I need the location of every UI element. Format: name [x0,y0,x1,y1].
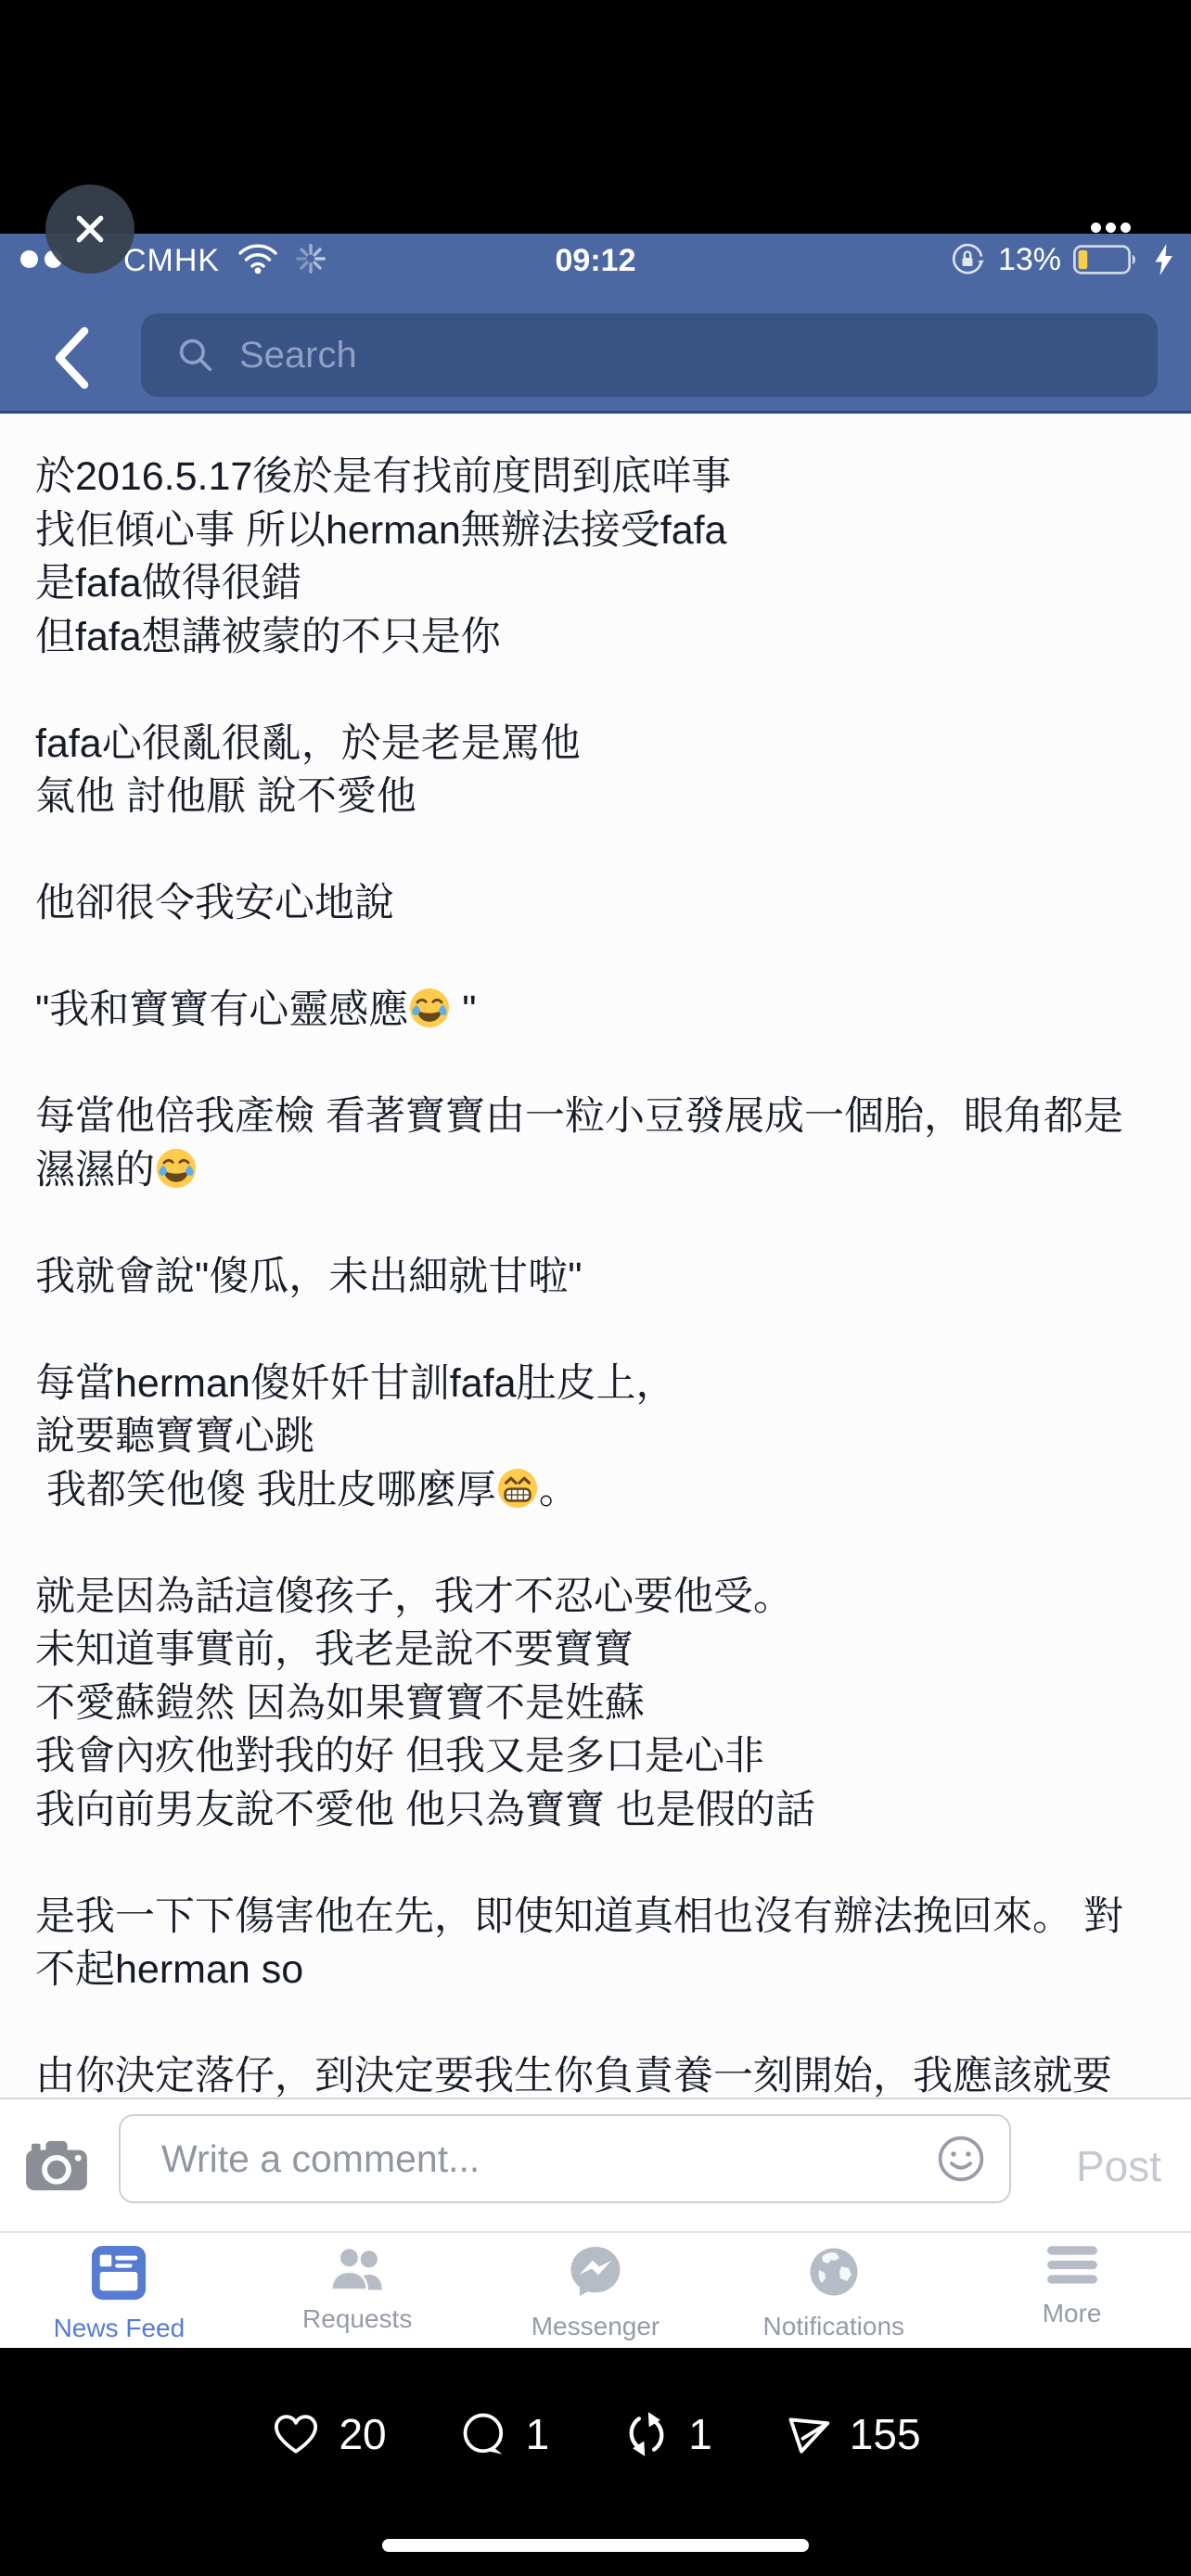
post-text-line [35,1837,1156,1891]
battery-percent: 13% [998,242,1061,278]
tab-messenger[interactable]: Messenger [477,2233,715,2348]
comment-stat: 1 [459,2404,550,2465]
phone-screen: CMHK [0,0,1191,2576]
post-text-line: 每當herman傻奷奷甘訓fafa肚皮上， [35,1358,1156,1411]
facebook-content: 於2016.5.17後於是有找前度問到底咩事找佢傾心事 所以herman無辦法接… [0,414,1191,2348]
share-count: 155 [850,2404,921,2465]
post-text-line: 未知道事實前，我老是說不要寶寶 [35,1624,1156,1677]
charging-icon [1154,244,1174,275]
grin-emoji [496,1467,539,1510]
post-text-line: 氣他 討他厭 說不愛他 [35,771,1156,824]
comment-count: 1 [526,2404,550,2465]
post-text-line: 找佢傾心事 所以herman無辦法接受fafa [35,504,1156,558]
like-icon[interactable] [270,2409,322,2459]
post-text-line: 於2016.5.17後於是有找前度問到底咩事 [35,451,1156,504]
post-text-line: 不愛蘇鎧然 因為如果寶寶不是姓蘇 [35,1677,1156,1731]
tab-notifications[interactable]: Notifications [714,2233,953,2348]
post-text-line [35,1038,1156,1091]
tab-requests[interactable]: Requests [238,2233,477,2348]
tab-label: Notifications [763,2312,905,2341]
emoji-picker-icon[interactable] [937,2135,985,2183]
repost-stat: 1 [621,2404,712,2465]
post-text-line: fafa心很亂很亂，於是老是罵他 [35,718,1156,772]
tab-label: Messenger [531,2312,660,2341]
post-text-line: 由你決定落仔，到決定要我生你負責養一刻開始，我應該就要 [35,2050,1156,2101]
post-content: 於2016.5.17後於是有找前度問到底咩事找佢傾心事 所以herman無辦法接… [0,414,1191,2101]
news-feed-icon [90,2244,147,2302]
post-text-line: 是fafa做得很錯 [35,557,1156,611]
post-button[interactable]: Post [1070,2099,1167,2233]
close-button[interactable] [45,185,134,274]
tab-news-feed[interactable]: News Feed [0,2233,238,2348]
joy-emoji [408,987,451,1029]
comment-bar: Write a comment... Post [0,2098,1191,2231]
post-text-line: 但fafa想講被蒙的不只是你 [35,611,1156,665]
status-bar: CMHK [0,234,1191,284]
battery-icon [1073,244,1142,275]
search-input[interactable]: Search [141,313,1158,397]
post-text-line: 每當他倍我產檢 看著寶寶由一粒小豆發展成一個胎，眼角都是 [35,1090,1156,1144]
repost-icon[interactable] [621,2409,672,2459]
like-stat: 20 [270,2404,386,2465]
joy-emoji [155,1147,198,1190]
camera-icon[interactable] [24,2138,89,2192]
tab-label: More [1043,2299,1102,2328]
comment-placeholder: Write a comment... [161,2137,937,2181]
post-text-line [35,1517,1156,1571]
comment-input[interactable]: Write a comment... [119,2114,1011,2203]
post-text-line: 我就會說"傻瓜，未出細就甘啦" [35,1251,1156,1305]
more-options-icon[interactable] [1091,223,1131,233]
comment-icon[interactable] [459,2409,509,2459]
facebook-header: CMHK [0,234,1191,414]
tab-label: News Feed [54,2314,186,2343]
post-text-line [35,664,1156,718]
search-icon [176,336,215,375]
tab-label: Requests [302,2304,412,2334]
engagement-bar: 20 1 1 155 [0,2404,1191,2465]
tab-bar: News Feed Requests Messenger [0,2231,1191,2348]
like-count: 20 [339,2404,386,2465]
close-icon [70,210,109,249]
back-button[interactable] [52,326,89,389]
post-text-line: 我向前男友說不愛他 他只為寶寶 也是假的話 [35,1784,1156,1838]
post-text-line [35,1197,1156,1251]
post-text-line: 說要聽寶寶心跳 [35,1410,1156,1464]
post-text-line [35,824,1156,878]
post-text-line: 我會內疚他對我的好 但我又是多口是心非 [35,1730,1156,1784]
post-text-line [35,1304,1156,1358]
home-indicator[interactable] [382,2539,809,2552]
post-text-line: 就是因為話這傻孩子，我才不忍心要他受。 [35,1571,1156,1625]
post-text-line: 不起herman so [35,1944,1156,1997]
search-placeholder: Search [239,335,357,376]
post-text-line: 他卻很令我安心地說 [35,877,1156,931]
orientation-lock-icon [949,241,986,278]
post-text-line: "我和寶寶有心靈感應 " [35,984,1156,1038]
globe-icon [806,2244,862,2300]
post-text-line: 濕濕的 [35,1144,1156,1198]
post-text-line: 我都笑他傻 我肚皮哪麼厚。 [35,1464,1156,1518]
post-text-line [35,931,1156,985]
tab-more[interactable]: More [953,2233,1191,2348]
share-stat: 155 [785,2404,921,2465]
requests-icon [328,2244,386,2292]
messenger-icon [568,2244,623,2300]
post-text-line: 是我一下下傷害他在先，即使知道真相也沒有辦法挽回來。 對 [35,1891,1156,1945]
repost-count: 1 [688,2404,712,2465]
post-text-line [35,1997,1156,2051]
share-icon[interactable] [785,2410,833,2458]
more-icon [1045,2244,1099,2287]
